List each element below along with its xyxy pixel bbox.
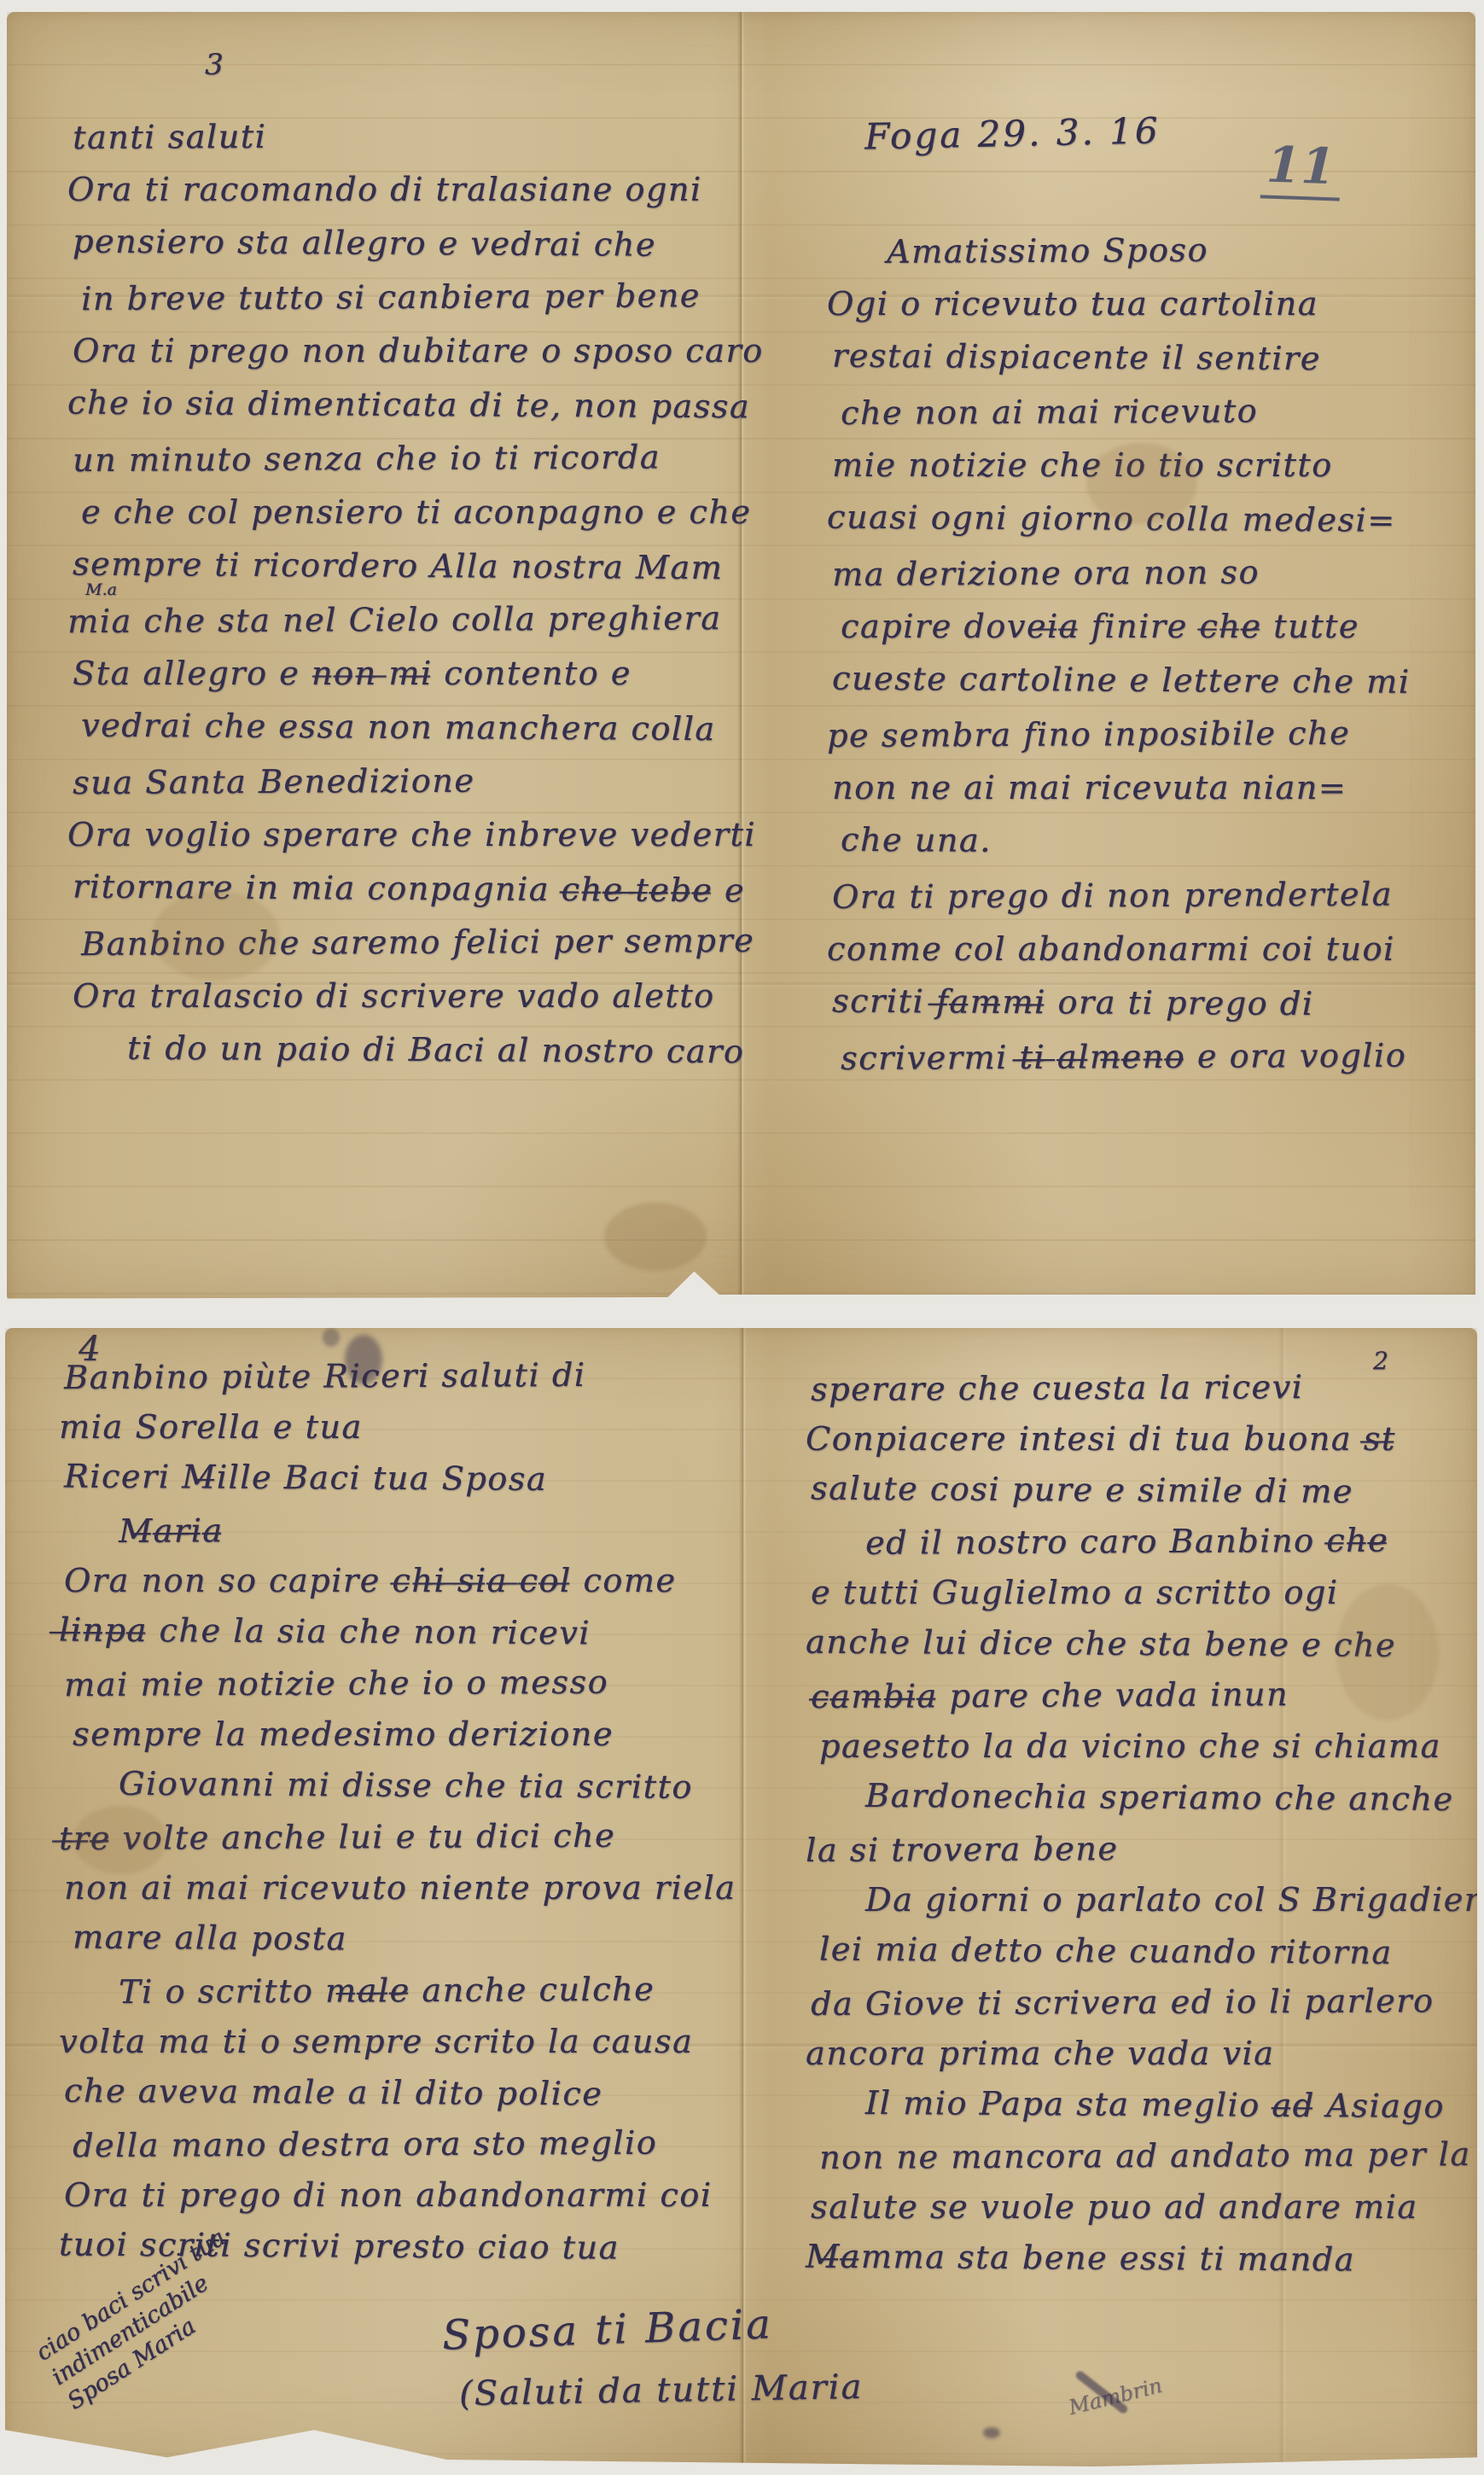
handwritten-line: paesetto la da vicino che si chiama <box>819 1721 1476 1772</box>
handwritten-line: conme col abandonarmi coi tuoi <box>827 923 1484 976</box>
handwritten-line: salute cosi pure e simile di me <box>811 1463 1476 1518</box>
handwritten-line-struck: Conpiacere intesi di tua buona s̶t̶ <box>806 1413 1476 1465</box>
page-number: 3 <box>205 48 224 82</box>
scanned-letter: 3 tanti saluti Ora ti racomando di trala… <box>0 0 1484 2475</box>
folio-number-pencil: 11 <box>1260 135 1341 201</box>
handwritten-line: volta ma ti o sempre scrito la causa <box>59 2016 755 2067</box>
handwritten-line: pensiero sta allegro e vedrai che <box>73 215 755 273</box>
handwritten-line: mai mie notizie che io o messo <box>64 1656 755 1710</box>
handwritten-line-struck: Sta allegro e n̶o̶n̶ ̶m̶i̶ contento e <box>73 647 755 701</box>
letter-date: Foga 29. 3. 16 <box>864 109 1161 157</box>
signature-closing: Sposa ti Bacia <box>441 2300 773 2359</box>
handwritten-line: Ora ti racomando di tralasiane ogni <box>67 163 755 217</box>
handwritten-line: sempre la medesimo derizione <box>73 1709 755 1760</box>
handwritten-line: da Giove ti scrivera ed io li parlero <box>811 1975 1476 2029</box>
handwritten-line: Ora voglio sperare che inbreve vederti <box>67 808 755 862</box>
handwritten-line: ancora prima che vada via <box>806 2028 1476 2079</box>
handwritten-line: in breve tutto si canbiera per bene <box>81 269 755 326</box>
paper-stain <box>604 1203 707 1271</box>
handwritten-line: Banbino piùte Riceri saluti di <box>64 1348 755 1403</box>
handwritten-line: non ne ai mai ricevuta nian= <box>832 761 1484 815</box>
handwritten-line: Giovanni mi disse che tia scritto <box>119 1758 755 1814</box>
page-1-text-column: Amatissimo Sposo Ogi o ricevuto tua cart… <box>832 224 1484 1084</box>
handwritten-line: che non ai mai ricevuto <box>841 383 1484 440</box>
handwritten-line: e che col pensiero ti aconpagno e che <box>81 486 755 539</box>
page-3-text-column: tanti saluti Ora ti racomando di tralasi… <box>73 109 755 1077</box>
handwritten-line: Ora ti prego di non prendertela <box>832 867 1484 924</box>
handwritten-line: Ora ti prego di non abandonarmi coi <box>64 2169 755 2221</box>
handwritten-line-struck: scrivermi t̶i̶ ̶a̶l̶m̶e̶n̶o̶ e ora vogli… <box>841 1028 1484 1086</box>
handwritten-line: che una. <box>841 813 1484 871</box>
handwritten-line: salute se vuole puo ad andare mia <box>811 2181 1476 2233</box>
handwritten-line: e tutti Guglielmo a scritto ogi <box>811 1567 1476 1618</box>
handwritten-line: non ai mai ricevuto niente prova riela <box>64 1862 755 1913</box>
signature-name: (Saluti da tutti Maria <box>459 2367 864 2414</box>
handwritten-line-struck: Riceri M̶ille Baci tua Sposa <box>64 1451 755 1506</box>
handwritten-line: mia che sta nel Cielo colla preghiera <box>67 591 755 649</box>
handwritten-line: mie notizie che io tio scritto <box>832 439 1484 492</box>
handwritten-line: che io sia dimenticata di te, non passa <box>67 376 755 434</box>
letter-sheet-1: 3 tanti saluti Ora ti racomando di trala… <box>7 12 1475 1302</box>
handwritten-line: vedrai che essa non manchera colla <box>81 699 755 757</box>
handwritten-line: Da giorni o parlato col S Brigadiere <box>865 1874 1476 1925</box>
letter-sheet-2: 4 Banbino piùte Riceri saluti di mia Sor… <box>5 1328 1477 2466</box>
handwritten-line: Ogi o ricevuto tua cartolina <box>827 277 1484 331</box>
handwritten-line: sperare che cuesta la ricevi <box>811 1360 1476 1415</box>
handwritten-line: ti do un paio di Baci al nostro caro <box>127 1022 755 1079</box>
handwritten-line: restai dispiacente il sentire <box>832 329 1484 387</box>
handwritten-line: Banbino che saremo felici per sempre <box>81 914 755 971</box>
handwritten-line: Ora ti prego non dubitare o sposo caro <box>73 324 755 378</box>
page-2-text-column: sperare che cuesta la ricevi Conpiacere … <box>811 1362 1476 2284</box>
handwritten-line: la si trovera bene <box>806 1821 1476 1876</box>
handwritten-line: anche lui dice che sta bene e che <box>806 1616 1476 1672</box>
handwritten-line: cuasi ogni giorno colla medesi= <box>827 491 1484 549</box>
handwritten-line-struck: scriti f̶a̶m̶m̶i̶ ora ti prego di <box>832 975 1484 1033</box>
handwritten-line: cueste cartoline e lettere che mi <box>832 652 1484 710</box>
handwritten-line: sempre ti ricordero Alla nostra Mam <box>73 538 755 596</box>
handwritten-line: lei mia detto che cuando ritorna <box>819 1924 1476 1979</box>
handwritten-line-struck: Il mio Papa sta meglio a̶d̶ Asiago <box>865 2077 1476 2132</box>
handwritten-line: della mano destra ora sto meglio <box>73 2117 755 2171</box>
handwritten-line-struck: M̶a̶mma sta bene essi ti manda <box>806 2231 1476 2286</box>
handwritten-line: sua Santa Benedizione <box>73 753 755 810</box>
handwritten-line: Bardonechia speriamo che anche <box>865 1770 1476 1825</box>
handwritten-line: che aveva male a il dito police <box>64 2065 755 2121</box>
page-4-text-column: Banbino piùte Riceri saluti di mia Sorel… <box>64 1350 755 2272</box>
handwritten-line: non ne mancora ad andato ma per la <box>819 2128 1476 2183</box>
handwritten-line: mia Sorella e tua <box>59 1401 755 1453</box>
corner-scribble: Mambrin <box>1066 2373 1164 2420</box>
handwritten-line-struck: c̶a̶m̶b̶i̶a̶ pare che vada inun <box>811 1668 1476 1722</box>
handwritten-line-struck: M̶a̶r̶i̶a̶ <box>119 1502 755 1557</box>
handwritten-line: ma derizione ora non so <box>832 544 1484 602</box>
handwritten-line-struck: l̶i̶n̶p̶a̶ che la sia che non ricevi <box>59 1604 755 1660</box>
handwritten-line-struck: Ora non so capire c̶h̶i̶ ̶s̶i̶a̶ ̶c̶o̶l̶… <box>64 1555 755 1606</box>
handwritten-line-struck: Ti o scritto m̶a̶l̶e̶ anche culche <box>119 1963 755 2018</box>
handwritten-line: mare alla posta <box>73 1912 755 1967</box>
handwritten-line: pe sembra fino inposibile che <box>827 706 1484 763</box>
handwritten-line-struck: ed il nostro caro Banbino c̶h̶e̶ <box>865 1514 1476 1569</box>
handwritten-line: un minuto senza che io ti ricorda <box>73 430 755 487</box>
handwritten-line-struck: ritornare in mia conpagnia c̶h̶e̶ ̶t̶e̶b… <box>73 860 755 918</box>
handwritten-line-struck: capire dovei̶a̶ finire c̶h̶e̶ tutte <box>841 600 1484 654</box>
handwritten-line-struck: t̶r̶e̶ volte anche lui e tu dici che <box>59 1809 755 1864</box>
salutation-line: Amatissimo Sposo <box>887 222 1484 279</box>
handwritten-line: Ora tralascio di scrivere vado aletto <box>73 970 755 1023</box>
ink-smudge <box>983 2427 1000 2438</box>
ink-blot <box>323 1328 340 1347</box>
handwritten-line: tanti saluti <box>73 108 755 165</box>
marginal-note: M.a <box>85 580 117 599</box>
